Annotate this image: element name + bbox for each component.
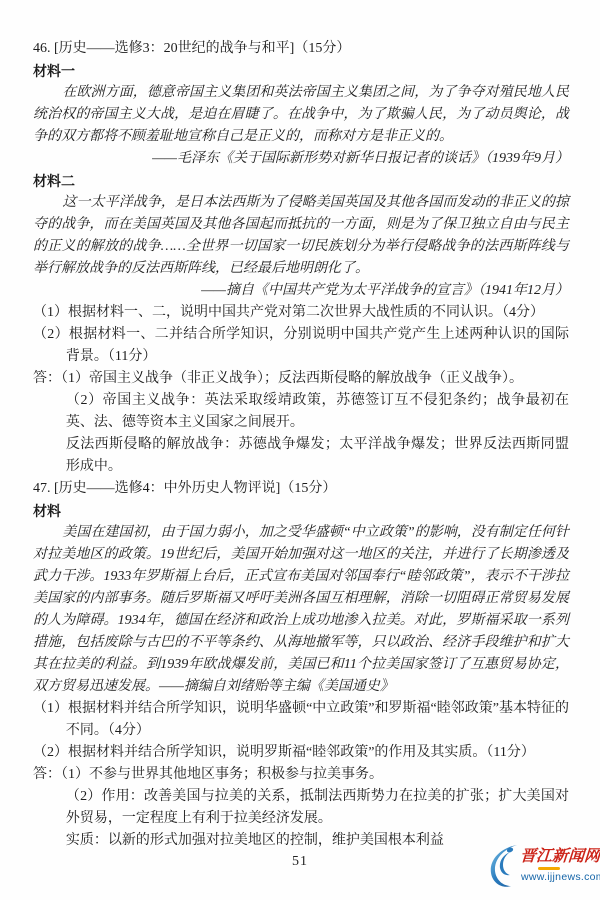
q46-answer-line-1: 答：（1）帝国主义战争（非正义战争）；反法西斯侵略的解放战争（正义战争）。 bbox=[33, 368, 569, 390]
logo-accent-bar bbox=[538, 867, 560, 870]
q46-material-2-source: ——摘自《中国共产党为太平洋战争的宣言》（1941年12月） bbox=[33, 280, 569, 302]
jjnews-swoosh-icon bbox=[486, 844, 520, 888]
question-46-header: 46. [历史——选修3：20世纪的战争与和平]（15分） bbox=[33, 38, 569, 60]
q47-sub-question-1: （1）根据材料并结合所学知识，说明华盛顿“中立政策”和罗斯福“睦邻政策”基本特征… bbox=[33, 698, 569, 742]
page-content: 46. [历史——选修3：20世纪的战争与和平]（15分） 材料一 在欧洲方面，… bbox=[33, 38, 569, 852]
q46-material-2-label: 材料二 bbox=[33, 170, 569, 192]
q46-material-1-label: 材料一 bbox=[33, 60, 569, 82]
q46-material-1-source: ——毛泽东《关于国际新形势对新华日报记者的谈话》（1939年9月） bbox=[33, 148, 569, 170]
q46-sub-question-1: （1）根据材料一、二，说明中国共产党对第二次世界大战性质的不同认识。（4分） bbox=[33, 302, 569, 324]
q46-material-2-text: 这一太平洋战争，是日本法西斯为了侵略美国英国及其他各国而发动的非正义的掠夺的战争… bbox=[33, 192, 569, 280]
exam-paper-page: 46. [历史——选修3：20世纪的战争与和平]（15分） 材料一 在欧洲方面，… bbox=[0, 0, 600, 900]
jjnews-site-name: 晋江新闻网 bbox=[519, 848, 598, 866]
q47-material-label: 材料 bbox=[33, 500, 569, 522]
q46-sub-question-2: （2）根据材料一、二并结合所学知识，分别说明中国共产党产生上述两种认识的国际背景… bbox=[33, 324, 569, 368]
q46-material-1-text: 在欧洲方面，德意帝国主义集团和英法帝国主义集团之间，为了争夺对殖民地人民统治权的… bbox=[33, 82, 569, 148]
q46-answer-line-2: （2）帝国主义战争：英法采取绥靖政策，苏德签订互不侵犯条约；战争最初在英、法、德… bbox=[33, 390, 569, 434]
q46-answer-line-3: 反法西斯侵略的解放战争：苏德战争爆发；太平洋战争爆发；世界反法西斯同盟形成中。 bbox=[33, 434, 569, 478]
jjnews-site-url: www.ijjnews.com bbox=[521, 871, 600, 883]
question-47-header: 47. [历史——选修4：中外历史人物评说]（15分） bbox=[33, 478, 569, 500]
q47-material-text: 美国在建国初，由于国力弱小，加之受华盛顿“中立政策”的影响，没有制定任何针对拉美… bbox=[33, 522, 569, 698]
q47-sub-question-2: （2）根据材料并结合所学知识，说明罗斯福“睦邻政策”的作用及其实质。（11分） bbox=[33, 742, 569, 764]
jjnews-watermark-logo: 晋江新闻网 www.ijjnews.com bbox=[486, 842, 598, 892]
q47-answer-line-2: （2）作用：改善美国与拉美的关系，抵制法西斯势力在拉美的扩张；扩大美国对外贸易，… bbox=[33, 786, 569, 830]
q47-answer-line-1: 答：（1）不参与世界其他地区事务；积极参与拉美事务。 bbox=[33, 764, 569, 786]
